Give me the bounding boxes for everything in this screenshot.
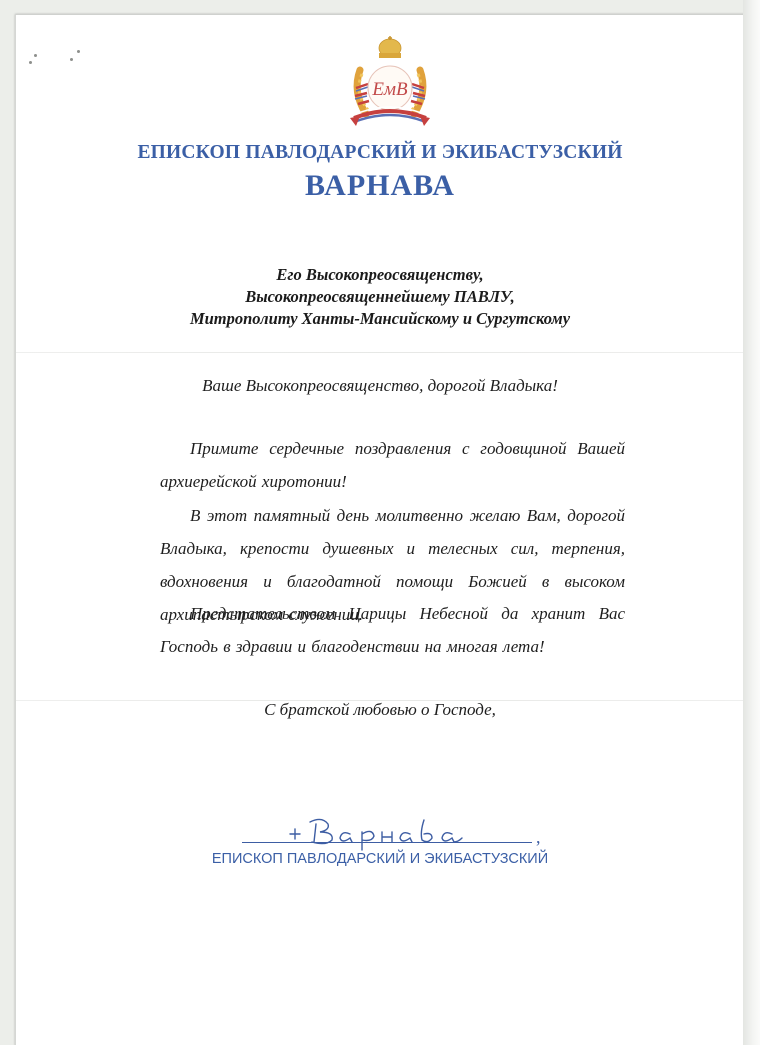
paragraph-text: Предстательством Царицы Небесной да хран…	[160, 604, 625, 656]
signature-line	[242, 842, 532, 843]
addressee-line: Высокопреосвященнейшему ПАВЛУ,	[0, 286, 760, 308]
letterhead-name: ВАРНАВА	[0, 169, 760, 203]
episcopal-crest-icon: ЕмВ	[338, 30, 442, 134]
letterhead-title: ЕПИСКОП ПАВЛОДАРСКИЙ И ЭКИБАСТУЗСКИЙ	[0, 142, 760, 164]
paragraph-text: Примите сердечные поздравления с годовщи…	[160, 439, 625, 491]
monogram-text: ЕмВ	[371, 79, 408, 100]
signatory-title: ЕПИСКОП ПАВЛОДАРСКИЙ И ЭКИБАСТУЗСКИЙ	[0, 851, 760, 867]
salutation: Ваше Высокопреосвященство, дорогой Влады…	[0, 376, 760, 396]
addressee-block: Его Высокопреосвященству, Высокопреосвящ…	[0, 264, 760, 330]
paragraph: Предстательством Царицы Небесной да хран…	[160, 597, 625, 663]
paragraph: Примите сердечные поздравления с годовщи…	[160, 432, 625, 498]
addressee-line: Митрополиту Ханты-Мансийскому и Сургутск…	[0, 308, 760, 330]
signature-comma: ,	[536, 827, 541, 848]
handwritten-signature	[282, 812, 522, 852]
paper-fold-line	[16, 352, 743, 353]
closing-phrase: С братской любовью о Господе,	[0, 700, 760, 720]
addressee-line: Его Высокопреосвященству,	[0, 264, 760, 286]
